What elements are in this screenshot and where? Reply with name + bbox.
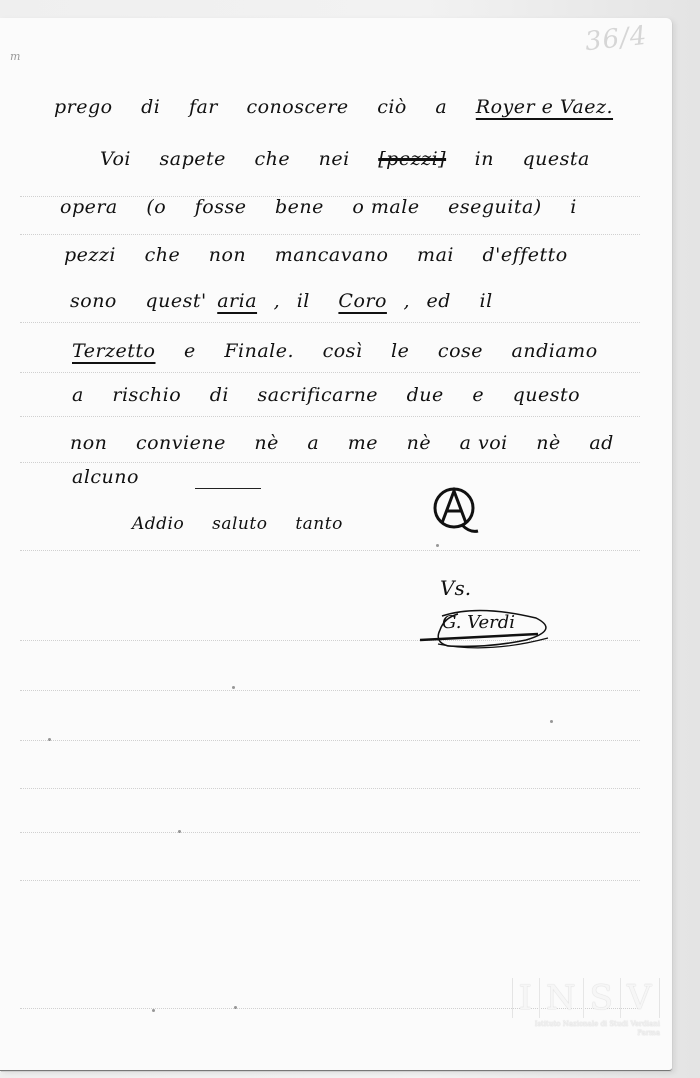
word: tanto [295, 514, 342, 534]
word: a [435, 96, 447, 118]
word: bene [275, 196, 324, 218]
letter-line-2: Voi sapete che nei [pezzi] in questa [100, 148, 612, 170]
underlined-word: Terzetto [72, 340, 156, 362]
letter-line-8: non conviene nè a me nè a voi nè ad [70, 432, 636, 454]
word: ciò [377, 96, 407, 118]
word: così [323, 340, 363, 362]
word: non [70, 432, 107, 454]
bleed-through-trace [20, 322, 640, 324]
underlined-name: Royer e Vaez. [476, 96, 613, 118]
word: Addio [132, 514, 184, 534]
word: a [72, 384, 84, 406]
word: Finale. [224, 340, 294, 362]
word: mancavano [275, 244, 389, 266]
letter-line-4: pezzi che non mancavano mai d'effetto [64, 244, 590, 266]
word: nè [407, 432, 431, 454]
word: pezzi [64, 244, 116, 266]
word: a voi [460, 432, 508, 454]
word: conviene [136, 432, 226, 454]
word: nei [319, 148, 350, 170]
letter-sheet [0, 18, 672, 1071]
word: Voi [100, 148, 131, 170]
monogram-stamp-icon [428, 485, 482, 537]
word: rischio [112, 384, 181, 406]
word: che [254, 148, 290, 170]
watermark-letter: V [622, 978, 659, 1018]
letter-line-6: Terzetto e Finale. così le cose andiamo [72, 340, 620, 362]
word: (o [146, 196, 166, 218]
word: sono [70, 290, 117, 312]
word: questa [523, 148, 590, 170]
word: ad [589, 432, 614, 454]
word: i [570, 196, 577, 218]
word: ed [427, 290, 451, 312]
ink-speck [436, 544, 439, 547]
institution-watermark: I N S V Istituto Nazionale di Studi Verd… [512, 978, 660, 1034]
watermark-caption-line: Parma [512, 1029, 660, 1038]
bleed-through-trace [20, 550, 640, 552]
closing-salutation: Vs. [440, 576, 471, 600]
bleed-through-trace [20, 740, 640, 742]
underlined-word: Coro [338, 290, 387, 312]
bleed-through-trace [20, 234, 640, 236]
word: eseguita) [448, 196, 542, 218]
word: d'effetto [483, 244, 568, 266]
ink-speck [232, 686, 235, 689]
word: e [184, 340, 196, 362]
letter-line-5: sono quest' aria , il Coro , ed il [70, 290, 515, 312]
ink-speck [178, 830, 181, 833]
word: alcuno [72, 466, 139, 488]
word: nè [536, 432, 560, 454]
word: di [210, 384, 229, 406]
word: , [274, 290, 281, 312]
bleed-through-trace [20, 372, 640, 374]
word: le [391, 340, 409, 362]
bleed-through-trace [20, 416, 640, 418]
word: mai [417, 244, 454, 266]
word: questo [513, 384, 580, 406]
word: due [407, 384, 444, 406]
word: che [145, 244, 181, 266]
word: sapete [160, 148, 226, 170]
word: il [480, 290, 493, 312]
watermark-caption: Istituto Nazionale di Studi Verdiani Par… [512, 1020, 660, 1038]
word: in [475, 148, 494, 170]
letter-line-1: prego di far conoscere ciò a Royer e Vae… [54, 96, 635, 118]
word: quest' [145, 290, 206, 312]
word: andiamo [512, 340, 598, 362]
ink-speck [152, 1009, 155, 1012]
word: saluto [212, 514, 267, 534]
separator-dash [195, 488, 261, 489]
corner-mark: m [10, 50, 20, 63]
signature: G. Verdi [442, 612, 515, 633]
letter-line-10: Addio saluto tanto [132, 514, 365, 534]
word: non [209, 244, 246, 266]
word: , [403, 290, 410, 312]
word: sacrificarne [258, 384, 379, 406]
letter-line-7: a rischio di sacrificarne due e questo [72, 384, 602, 406]
watermark-letter: S [585, 978, 621, 1018]
letter-line-9: alcuno [72, 466, 161, 488]
underlined-word: aria [217, 290, 257, 312]
bleed-through-trace [20, 690, 640, 692]
word: far [189, 96, 218, 118]
word: nè [254, 432, 278, 454]
bleed-through-trace [20, 880, 640, 882]
word: conoscere [246, 96, 348, 118]
word: di [141, 96, 160, 118]
watermark-letters: I N S V [512, 978, 660, 1018]
ink-speck [550, 720, 553, 723]
word: fosse [195, 196, 247, 218]
word: il [297, 290, 310, 312]
ink-speck [234, 1006, 237, 1009]
word: opera [60, 196, 118, 218]
bleed-through-trace [20, 832, 640, 834]
bleed-through-trace [20, 788, 640, 790]
word: a [307, 432, 319, 454]
word: prego [54, 96, 113, 118]
bleed-through-trace [20, 462, 640, 464]
word: e [472, 384, 484, 406]
ink-speck [48, 738, 51, 741]
word: o male [352, 196, 419, 218]
watermark-letter: I [513, 978, 539, 1018]
watermark-letter: N [541, 978, 584, 1018]
struck-word: [pezzi] [378, 148, 446, 170]
word: me [348, 432, 378, 454]
word: cose [438, 340, 483, 362]
watermark-caption-line: Istituto Nazionale di Studi Verdiani [512, 1020, 660, 1029]
letter-line-3: opera (o fosse bene o male eseguita) i [60, 196, 599, 218]
